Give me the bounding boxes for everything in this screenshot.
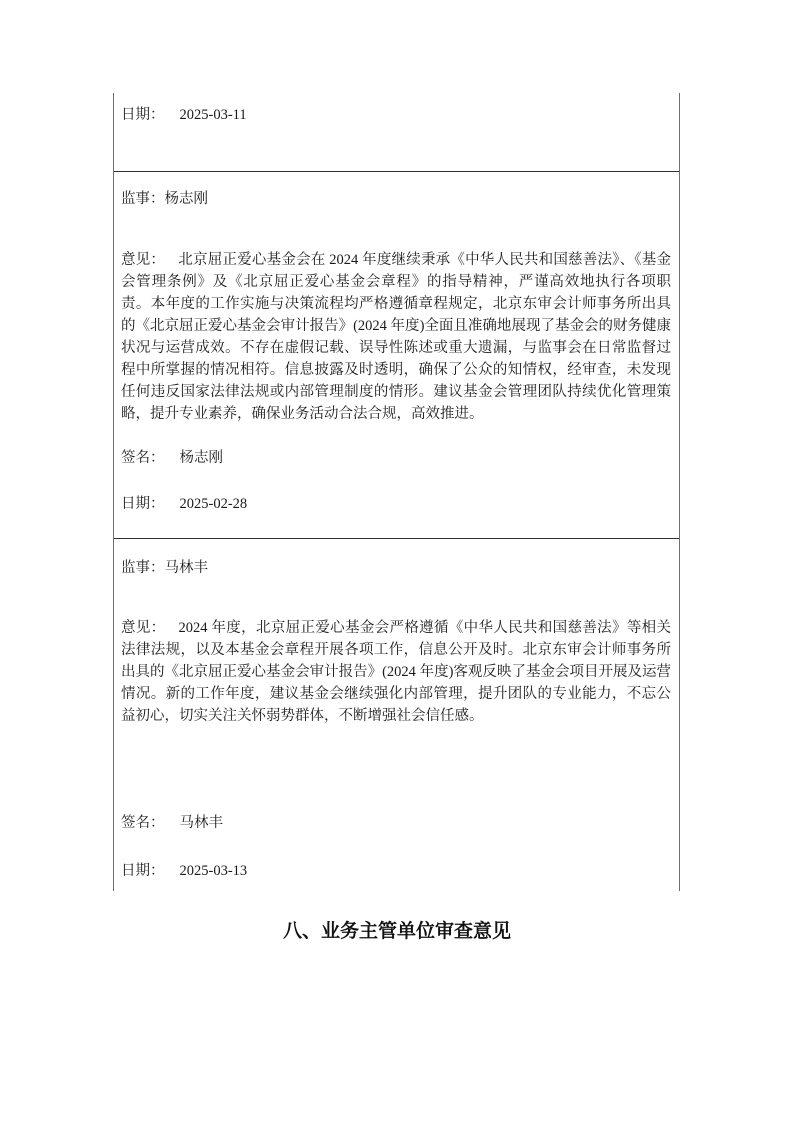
table-row-supervisor-2: 监事：马林丰 意见：2024 年度，北京屈正爱心基金会严格遵循《中华人民共和国慈… [114, 538, 679, 902]
signature-line: 签名：马林丰 [121, 812, 671, 834]
opinion-paragraph: 意见：2024 年度，北京屈正爱心基金会严格遵循《中华人民共和国慈善法》等相关法… [121, 617, 671, 727]
table-row-carryover-date: 日期：2025-03-11 [114, 104, 679, 171]
date-line: 日期：2025-03-11 [121, 104, 671, 126]
signature-label: 签名： [121, 815, 165, 831]
signature-line: 签名：杨志刚 [121, 447, 671, 469]
date-label: 日期： [121, 496, 165, 512]
signature-name: 马林丰 [180, 815, 224, 831]
supervisor-label: 监事： [121, 560, 165, 576]
document-page: 日期：2025-03-11 监事：杨志刚 意见：北京屈正爱心基金会在 2024 … [0, 0, 794, 1123]
table-row-supervisor-1: 监事：杨志刚 意见：北京屈正爱心基金会在 2024 年度继续秉承《中华人民共和国… [114, 171, 679, 538]
date-value: 2025-03-11 [180, 107, 247, 123]
date-label: 日期： [121, 863, 165, 879]
supervisor-name: 杨志刚 [165, 191, 209, 207]
opinion-paragraph: 意见：北京屈正爱心基金会在 2024 年度继续秉承《中华人民共和国慈善法》、《基… [121, 249, 671, 425]
opinion-text: 北京屈正爱心基金会在 2024 年度继续秉承《中华人民共和国慈善法》、《基金会管… [121, 252, 671, 422]
supervisor-name: 马林丰 [165, 560, 209, 576]
supervisor-line: 监事：马林丰 [121, 557, 671, 579]
date-value: 2025-03-13 [180, 863, 248, 879]
opinion-text: 2024 年度，北京屈正爱心基金会严格遵循《中华人民共和国慈善法》等相关法律法规… [121, 620, 671, 724]
date-line: 日期：2025-03-13 [121, 860, 671, 882]
opinion-label: 意见： [121, 252, 165, 268]
supervisor-opinion-table: 日期：2025-03-11 监事：杨志刚 意见：北京屈正爱心基金会在 2024 … [113, 93, 680, 891]
opinion-label: 意见： [121, 620, 166, 636]
date-line: 日期：2025-02-28 [121, 493, 671, 515]
section-heading: 八、业务主管单位审查意见 [0, 918, 794, 945]
signature-name: 杨志刚 [180, 450, 224, 466]
date-value: 2025-02-28 [180, 496, 248, 512]
date-label: 日期： [121, 107, 165, 123]
signature-label: 签名： [121, 450, 165, 466]
supervisor-label: 监事： [121, 191, 165, 207]
supervisor-line: 监事：杨志刚 [121, 188, 671, 210]
